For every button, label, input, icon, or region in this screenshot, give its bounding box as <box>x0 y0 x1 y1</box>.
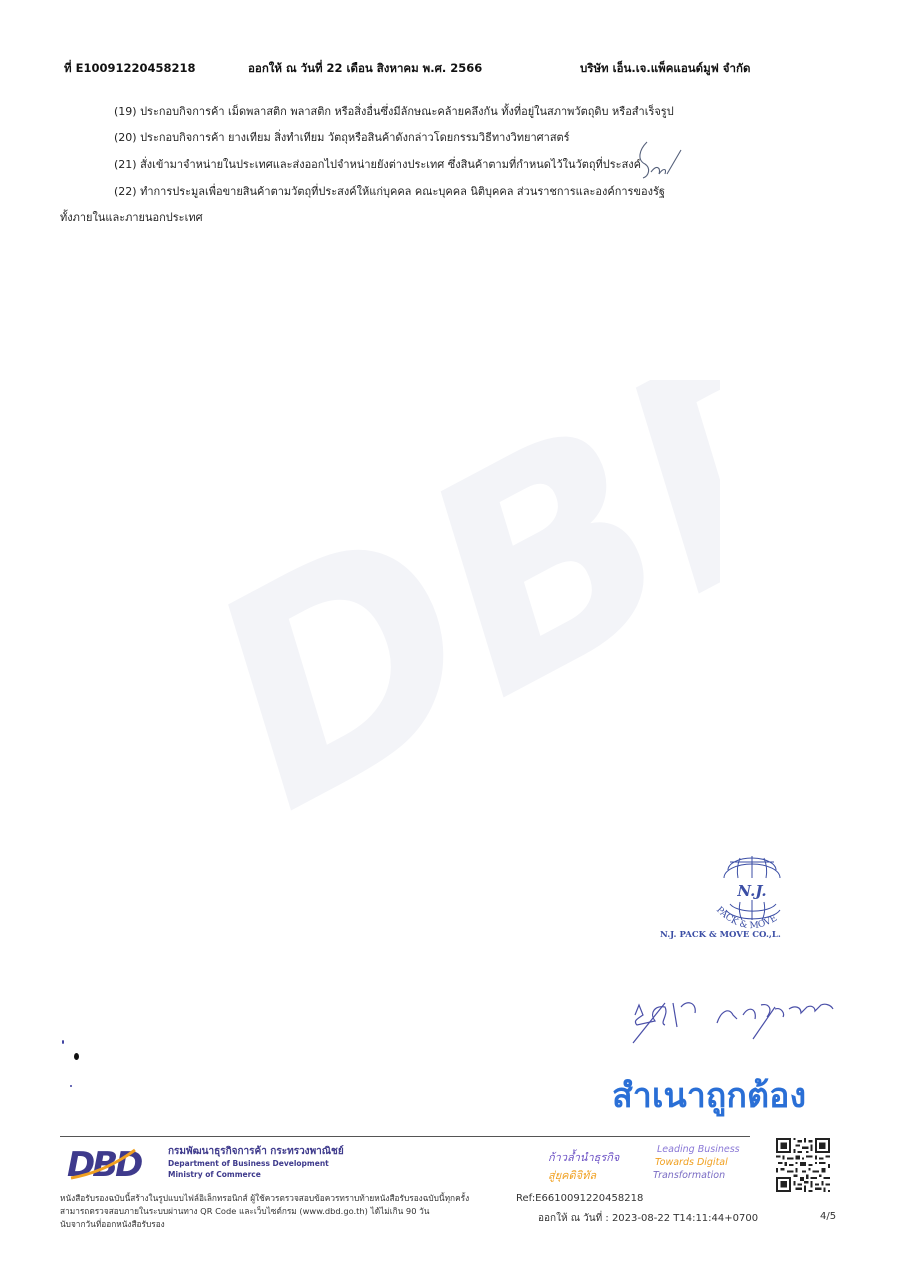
objective-19: (19) ประกอบกิจการค้า เม็ดพลาสติก พลาสติก… <box>114 102 674 120</box>
slogan-th-line1: ก้าวล้ำนำธุรกิจ <box>548 1148 619 1166</box>
objective-22: (22) ทำการประมูลเพื่อขายสินค้าตามวัตถุที… <box>114 182 665 200</box>
reference-number: Ref:E6610091220458218 <box>516 1193 643 1204</box>
page-indicator: 4/5 <box>820 1211 836 1222</box>
dbd-logo: DBD <box>65 1142 160 1182</box>
scan-speck <box>62 1040 64 1044</box>
slogan-en-line2: Towards Digital <box>655 1157 728 1168</box>
slogan-th-line2: สู่ยุคดิจิทัล <box>548 1166 596 1184</box>
department-name-th: กรมพัฒนาธุรกิจการค้า กระทรวงพาณิชย์ <box>168 1144 344 1159</box>
objective-21: (21) สั่งเข้ามาจำหน่ายในประเทศและส่งออกไ… <box>114 155 641 173</box>
notice-line-2: สามารถตรวจสอบภายในระบบผ่านทาง QR Code แล… <box>60 1205 469 1218</box>
notice-line-1: หนังสือรับรองฉบับนี้สร้างในรูปแบบไฟล์อิเ… <box>60 1192 469 1205</box>
issued-timestamp: ออกให้ ณ วันที่ : 2023-08-22 T14:11:44+0… <box>538 1211 758 1226</box>
footer-divider <box>60 1136 750 1137</box>
director-signature <box>625 985 850 1045</box>
scan-speck <box>70 1085 72 1087</box>
ministry-name: Ministry of Commerce <box>168 1170 261 1179</box>
notice-line-3: นับจากวันที่ออกหนังสือรับรอง <box>60 1218 469 1231</box>
certified-copy-stamp: สำเนาถูกต้อง <box>612 1068 806 1122</box>
stamp-caption: N.J. PACK & MOVE CO.,L. <box>660 930 781 940</box>
initial-signature <box>615 138 685 183</box>
scan-speck <box>74 1053 79 1060</box>
document-number: ที่ E10091220458218 <box>64 60 195 78</box>
dbd-watermark: DBD <box>190 380 720 840</box>
objective-20: (20) ประกอบกิจการค้า ยางเทียม สิ่งทำเทีย… <box>114 128 570 146</box>
qr-code[interactable] <box>776 1138 830 1192</box>
department-name-en: Department of Business Development <box>168 1159 329 1168</box>
slogan-en-line1: Leading Business <box>657 1144 740 1155</box>
company-name: บริษัท เอ็น.เจ.แพ็คแอนด์มูฟ จำกัด <box>580 60 750 78</box>
verification-notice: หนังสือรับรองฉบับนี้สร้างในรูปแบบไฟล์อิเ… <box>60 1192 469 1231</box>
objective-22-continuation: ทั้งภายในและภายนอกประเทศ <box>60 208 203 226</box>
slogan-en-line3: Transformation <box>653 1170 725 1181</box>
issue-date: ออกให้ ณ วันที่ 22 เดือน สิงหาคม พ.ศ. 25… <box>248 60 482 78</box>
stamp-initials: N.J. <box>736 882 766 900</box>
watermark-text: DBD <box>190 380 720 840</box>
